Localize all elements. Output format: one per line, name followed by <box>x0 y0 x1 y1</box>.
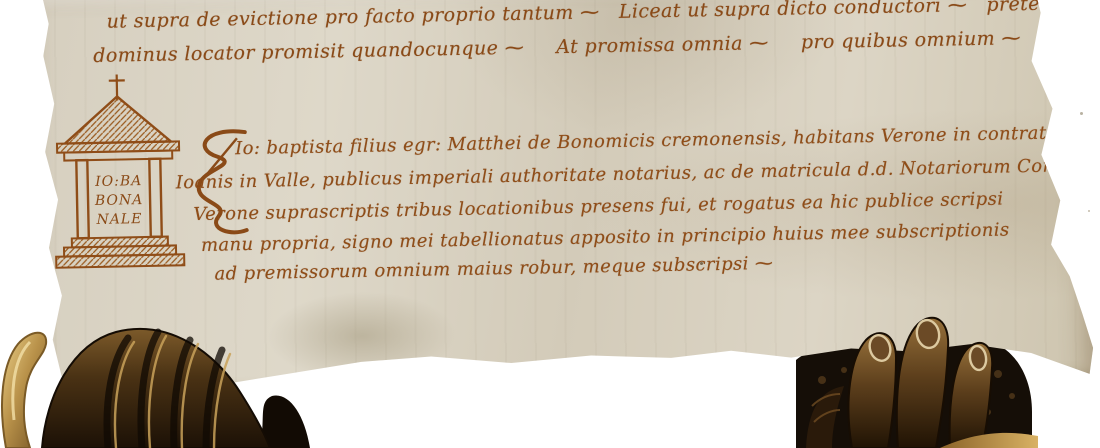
manuscript-line-top-2: dominus locator promisit quandocunque ⁓ … <box>93 27 1021 67</box>
subscription-line-5: ad premissorum omnium maius robur, meque… <box>214 253 773 285</box>
tower-base <box>56 254 184 267</box>
signum-letters-row-1: IO:BA <box>94 173 142 190</box>
subscription-line-1: Io: baptista filius egr: Matthei de Bono… <box>235 121 1100 159</box>
bronze-hand-left <box>20 300 310 448</box>
subscription-line-3: Verone suprascriptis tribus locationibus… <box>193 189 1003 226</box>
tower-column-left <box>76 160 88 238</box>
dust-speck <box>1088 210 1090 212</box>
thumb <box>806 386 844 448</box>
photograph-of-deed: ut supra de evictione pro facto proprio … <box>0 0 1100 448</box>
subscription-line-2: Ioanis in Valle, publicus imperiali auth… <box>176 155 1100 194</box>
tower-column-right <box>149 159 161 237</box>
bronze-hand-right <box>800 306 1040 448</box>
manuscript-line-top-1: ut supra de evictione pro facto proprio … <box>106 0 1072 33</box>
dust-speck <box>1080 112 1083 115</box>
signum-letters-row-3: NALE <box>95 211 142 228</box>
tower-roof <box>64 96 171 144</box>
signum-letters-row-2: BONA <box>94 192 144 209</box>
notarial-signum-drawing: IO:BA BONA NALE <box>48 71 190 274</box>
subscription-line-4: manu propria, signo mei tabellionatus ap… <box>201 219 1010 256</box>
dust-speck <box>700 262 703 265</box>
